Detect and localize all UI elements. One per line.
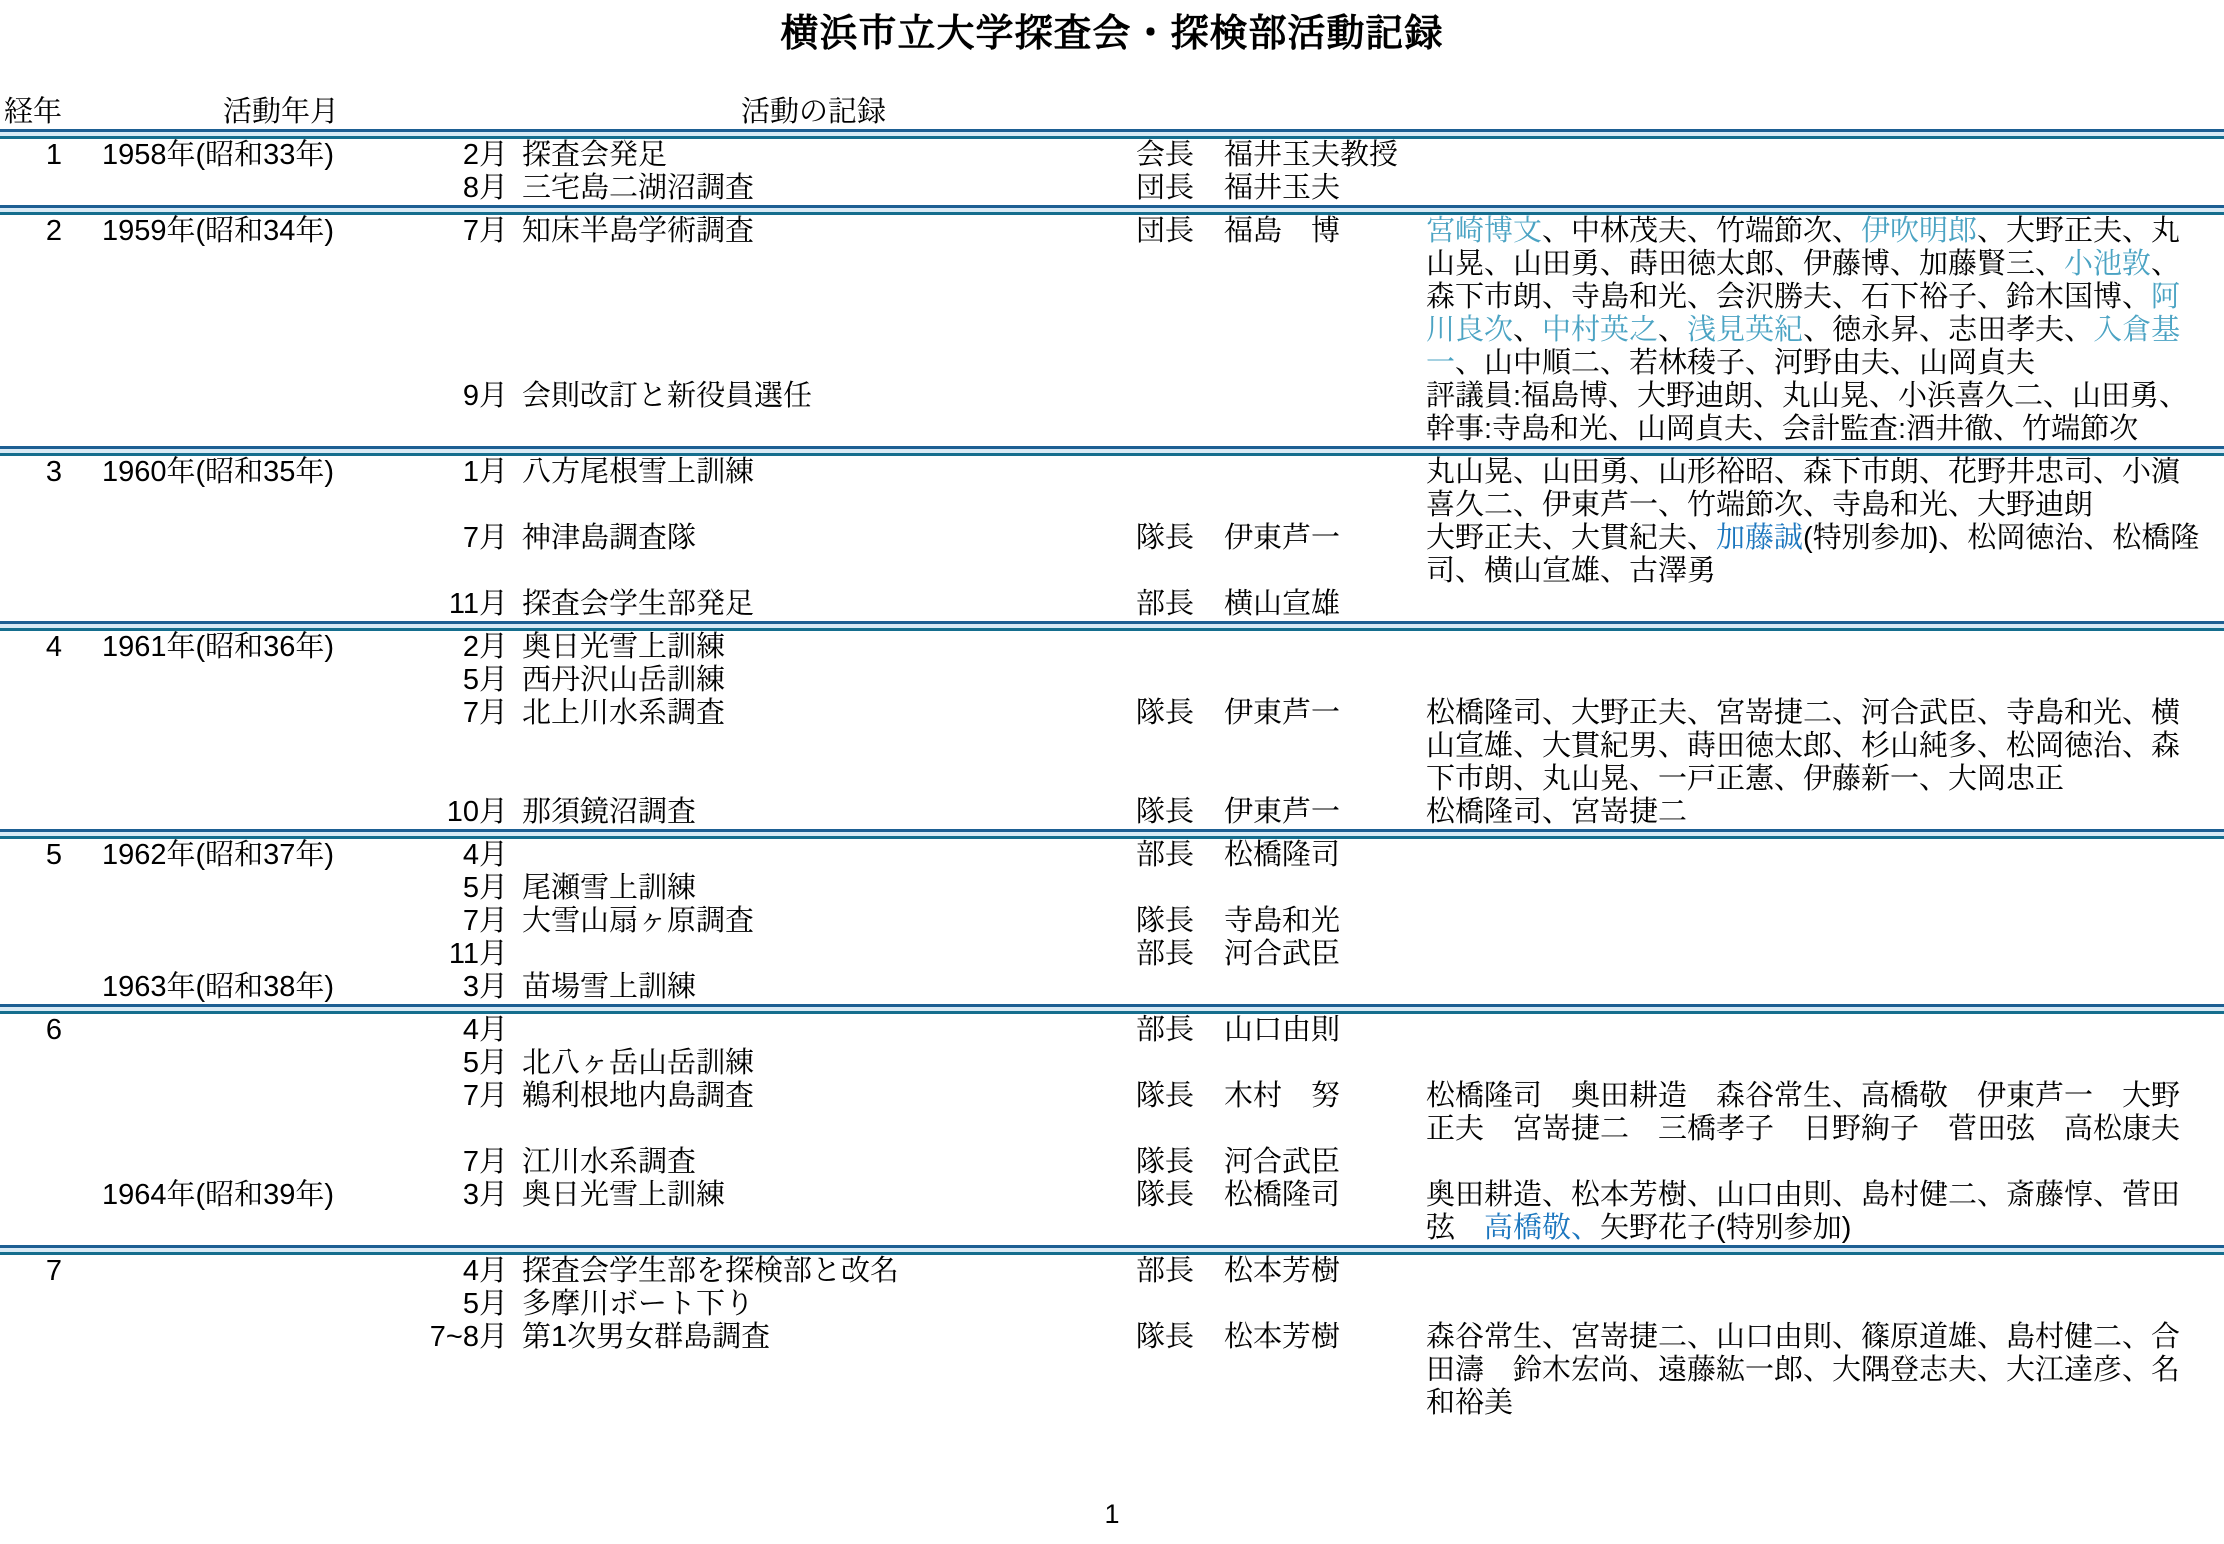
cell-role: 隊長: [1136, 796, 1224, 829]
cell-role: 隊長: [1136, 697, 1224, 730]
cell-leader: 松橋隆司: [1224, 839, 1426, 872]
cell-members: 松橋隆司 奥田耕造 森谷常生、高橋敬 伊東芦一 大野正夫 宮嵜捷二 三橋孝子 日…: [1426, 1080, 2201, 1146]
year-group: 2 1959年(昭和34年) 7月 知床半島学術調査 団長 福島 博 宮崎博文、…: [0, 215, 2224, 446]
cell-month: 7月: [408, 1080, 508, 1113]
member-name-highlighted: 浅見英紀: [1687, 314, 1803, 346]
cell-activity: 江川水系調査: [508, 1146, 1136, 1179]
cell-month: 5月: [408, 1047, 508, 1080]
cell-month: 2月: [408, 139, 508, 172]
cell-month: 11月: [408, 588, 508, 621]
cell-leader: 松橋隆司: [1224, 1179, 1426, 1212]
cell-leader: 伊東芦一: [1224, 697, 1426, 730]
cell-year: 1963年(昭和38年): [102, 971, 408, 1004]
cell-month: 11月: [408, 938, 508, 971]
cell-activity: 探査会学生部発足: [508, 588, 1136, 621]
group-separator-line: [0, 446, 2224, 456]
cell-role: 会長: [1136, 139, 1224, 172]
member-names: 矢野花子(特別参加): [1600, 1212, 1851, 1244]
activity-row: 7月 神津島調査隊 隊長 伊東芦一 大野正夫、大貫紀夫、加藤誠(特別参加)、松岡…: [0, 522, 2224, 588]
header-col-date: 活動年月: [223, 96, 339, 129]
cell-activity: 北八ヶ岳山岳訓練: [508, 1047, 1136, 1080]
activity-row: 6 4月 部長 山口由則: [0, 1014, 2224, 1047]
header-col-record: 活動の記録: [741, 96, 886, 129]
activity-row: 8月 三宅島二湖沼調査 団長 福井玉夫: [0, 172, 2224, 205]
cell-leader: 福井玉夫教授: [1224, 139, 1426, 172]
cell-year: 1958年(昭和33年): [102, 139, 408, 172]
activity-row: 2 1959年(昭和34年) 7月 知床半島学術調査 団長 福島 博 宮崎博文、…: [0, 215, 2224, 380]
cell-members: 評議員:福島博、大野迪朗、丸山晃、小浜喜久二、山田勇、幹事:寺島和光、山岡貞夫、…: [1426, 380, 2201, 446]
cell-activity: 那須鏡沼調査: [508, 796, 1136, 829]
member-names: 松橋隆司、宮嵜捷二: [1426, 796, 1687, 828]
cell-month: 7月: [408, 215, 508, 248]
year-group: 3 1960年(昭和35年) 1月 八方尾根雪上訓練 丸山晃、山田勇、山形裕昭、…: [0, 456, 2224, 621]
cell-year: 1959年(昭和34年): [102, 215, 408, 248]
cell-leader: 河合武臣: [1224, 938, 1426, 971]
activity-row: 7月 江川水系調査 隊長 河合武臣: [0, 1146, 2224, 1179]
cell-month: 1月: [408, 456, 508, 489]
group-separator-line: [0, 1004, 2224, 1014]
year-group: 6 4月 部長 山口由則 5月 北八ヶ岳山岳訓練 7月 鵜利根地内島調査 隊長 …: [0, 1014, 2224, 1245]
cell-year: 1962年(昭和37年): [102, 839, 408, 872]
cell-leader: 松本芳樹: [1224, 1255, 1426, 1288]
cell-year-index: 2: [0, 215, 62, 248]
activity-row: 3 1960年(昭和35年) 1月 八方尾根雪上訓練 丸山晃、山田勇、山形裕昭、…: [0, 456, 2224, 522]
cell-leader: 寺島和光: [1224, 905, 1426, 938]
cell-leader: 河合武臣: [1224, 1146, 1426, 1179]
cell-role: 部長: [1136, 1255, 1224, 1288]
cell-activity: 知床半島学術調査: [508, 215, 1136, 248]
cell-month: 4月: [408, 1014, 508, 1047]
cell-role: 隊長: [1136, 1146, 1224, 1179]
activity-row: 7 4月 探査会学生部を探検部と改名 部長 松本芳樹: [0, 1255, 2224, 1288]
cell-leader: 木村 努: [1224, 1080, 1426, 1113]
activity-row: 7~8月 第1次男女群島調査 隊長 松本芳樹 森谷常生、宮嵜捷二、山口由則、篠原…: [0, 1321, 2224, 1420]
member-name-highlighted: 小池敦: [2064, 248, 2151, 280]
year-group: 1 1958年(昭和33年) 2月 探査会発足 会長 福井玉夫教授 8月 三宅島…: [0, 139, 2224, 205]
cell-activity: 大雪山扇ヶ原調査: [508, 905, 1136, 938]
cell-role: 隊長: [1136, 1179, 1224, 1212]
cell-role: 団長: [1136, 172, 1224, 205]
cell-month: 5月: [408, 1288, 508, 1321]
activity-row: 11月 探査会学生部発足 部長 横山宣雄: [0, 588, 2224, 621]
cell-year-index: 6: [0, 1014, 62, 1047]
year-group: 5 1962年(昭和37年) 4月 部長 松橋隆司 5月 尾瀬雪上訓練 7月 大…: [0, 839, 2224, 1004]
member-names: 、: [1658, 314, 1687, 346]
cell-month: 3月: [408, 1179, 508, 1212]
member-names: 、徳永昇、志田孝夫、: [1803, 314, 2093, 346]
member-names: 、中林茂夫、竹端節次、: [1542, 215, 1861, 247]
cell-members: 森谷常生、宮嵜捷二、山口由則、篠原道雄、島村健二、合田濤 鈴木宏尚、遠藤紘一郎、…: [1426, 1321, 2201, 1420]
cell-month: 7月: [408, 697, 508, 730]
member-names: 、: [1513, 314, 1542, 346]
activity-row: 7月 鵜利根地内島調査 隊長 木村 努 松橋隆司 奥田耕造 森谷常生、高橋敬 伊…: [0, 1080, 2224, 1146]
activity-row: 9月 会則改訂と新役員選任 評議員:福島博、大野迪朗、丸山晃、小浜喜久二、山田勇…: [0, 380, 2224, 446]
member-name-highlighted: 加藤誠: [1716, 522, 1803, 554]
cell-members: 松橋隆司、宮嵜捷二: [1426, 796, 2201, 829]
member-names: 松橋隆司 奥田耕造 森谷常生、高橋敬 伊東芦一 大野正夫 宮嵜捷二 三橋孝子 日…: [1426, 1080, 2180, 1145]
activity-row: 7月 大雪山扇ヶ原調査 隊長 寺島和光: [0, 905, 2224, 938]
activity-row: 7月 北上川水系調査 隊長 伊東芦一 松橋隆司、大野正夫、宮嵜捷二、河合武臣、寺…: [0, 697, 2224, 796]
cell-month: 7月: [408, 905, 508, 938]
cell-leader: 福島 博: [1224, 215, 1426, 248]
cell-role: 部長: [1136, 938, 1224, 971]
page-number: 1: [0, 1498, 2224, 1531]
cell-month: 4月: [408, 1255, 508, 1288]
cell-members: 松橋隆司、大野正夫、宮嵜捷二、河合武臣、寺島和光、横山宣雄、大貫紀男、蒔田徳太郎…: [1426, 697, 2201, 796]
activity-row: 5月 多摩川ボート下り: [0, 1288, 2224, 1321]
cell-month: 8月: [408, 172, 508, 205]
cell-leader: 横山宣雄: [1224, 588, 1426, 621]
cell-role: 部長: [1136, 839, 1224, 872]
group-separator-line: [0, 829, 2224, 839]
activity-row: 11月 部長 河合武臣: [0, 938, 2224, 971]
table-header: 経年 活動年月 活動の記録: [0, 96, 2224, 129]
member-names: 丸山晃、山田勇、山形裕昭、森下市朗、花野井忠司、小濵喜久二、伊東芦一、竹端節次、…: [1426, 456, 2180, 521]
group-separator-line: [0, 621, 2224, 631]
cell-activity: 西丹沢山岳訓練: [508, 664, 1136, 697]
cell-role: 隊長: [1136, 905, 1224, 938]
member-names: 評議員:福島博、大野迪朗、丸山晃、小浜喜久二、山田勇、幹事:寺島和光、山岡貞夫、…: [1426, 380, 2188, 445]
cell-activity: 奥日光雪上訓練: [508, 1179, 1136, 1212]
year-group: 4 1961年(昭和36年) 2月 奥日光雪上訓練 5月 西丹沢山岳訓練 7月 …: [0, 631, 2224, 829]
cell-month: 5月: [408, 872, 508, 905]
cell-activity: 会則改訂と新役員選任: [508, 380, 1136, 413]
cell-year: 1961年(昭和36年): [102, 631, 408, 664]
cell-leader: 伊東芦一: [1224, 522, 1426, 555]
cell-activity: 探査会発足: [508, 139, 1136, 172]
member-names: 大野正夫、大貫紀夫、: [1426, 522, 1716, 554]
cell-year-index: 4: [0, 631, 62, 664]
cell-leader: 伊東芦一: [1224, 796, 1426, 829]
activity-row: 10月 那須鏡沼調査 隊長 伊東芦一 松橋隆司、宮嵜捷二: [0, 796, 2224, 829]
cell-role: 部長: [1136, 588, 1224, 621]
activity-row: 1963年(昭和38年) 3月 苗場雪上訓練: [0, 971, 2224, 1004]
cell-month: 2月: [408, 631, 508, 664]
cell-month: 9月: [408, 380, 508, 413]
cell-role: 部長: [1136, 1014, 1224, 1047]
activity-row: 4 1961年(昭和36年) 2月 奥日光雪上訓練: [0, 631, 2224, 664]
cell-month: 7~8月: [408, 1321, 508, 1354]
cell-leader: 福井玉夫: [1224, 172, 1426, 205]
group-separator-line: [0, 129, 2224, 139]
cell-month: 7月: [408, 1146, 508, 1179]
cell-members: 奥田耕造、松本芳樹、山口由則、島村健二、斎藤惇、菅田弦 高橋敬、矢野花子(特別参…: [1426, 1179, 2201, 1245]
member-names: 、山中順二、若林稜子、河野由夫、山岡貞夫: [1455, 347, 2035, 379]
cell-leader: 山口由則: [1224, 1014, 1426, 1047]
member-names: 松橋隆司、大野正夫、宮嵜捷二、河合武臣、寺島和光、横山宣雄、大貫紀男、蒔田徳太郎…: [1426, 697, 2180, 795]
cell-activity: 探査会学生部を探検部と改名: [508, 1255, 1136, 1288]
activity-row: 5月 西丹沢山岳訓練: [0, 664, 2224, 697]
cell-activity: 苗場雪上訓練: [508, 971, 1136, 1004]
cell-leader: 松本芳樹: [1224, 1321, 1426, 1354]
cell-activity: 多摩川ボート下り: [508, 1288, 1136, 1321]
member-name-highlighted: 高橋敬、: [1484, 1212, 1600, 1244]
member-name-highlighted: 中村英之: [1542, 314, 1658, 346]
cell-members: 大野正夫、大貫紀夫、加藤誠(特別参加)、松岡徳治、松橋隆司、横山宣雄、古澤勇: [1426, 522, 2201, 588]
cell-role: 隊長: [1136, 1080, 1224, 1113]
cell-year-index: 7: [0, 1255, 62, 1288]
group-separator-line: [0, 205, 2224, 215]
cell-year: 1960年(昭和35年): [102, 456, 408, 489]
member-names: 森谷常生、宮嵜捷二、山口由則、篠原道雄、島村健二、合田濤 鈴木宏尚、遠藤紘一郎、…: [1426, 1321, 2180, 1419]
cell-activity: 神津島調査隊: [508, 522, 1136, 555]
year-group: 7 4月 探査会学生部を探検部と改名 部長 松本芳樹 5月 多摩川ボート下り 7…: [0, 1255, 2224, 1420]
member-name-highlighted: 伊吹明郎: [1861, 215, 1977, 247]
page-title: 横浜市立大学探査会・探検部活動記録: [0, 0, 2224, 58]
header-col-keinen: 経年: [4, 96, 62, 129]
cell-month: 5月: [408, 664, 508, 697]
cell-year-index: 1: [0, 139, 62, 172]
cell-activity: 北上川水系調査: [508, 697, 1136, 730]
cell-role: 団長: [1136, 215, 1224, 248]
cell-year-index: 3: [0, 456, 62, 489]
activity-row: 5月 尾瀬雪上訓練: [0, 872, 2224, 905]
cell-month: 10月: [408, 796, 508, 829]
member-name-highlighted: 宮崎博文: [1426, 215, 1542, 247]
activity-row: 1964年(昭和39年) 3月 奥日光雪上訓練 隊長 松橋隆司 奥田耕造、松本芳…: [0, 1179, 2224, 1245]
cell-year-index: 5: [0, 839, 62, 872]
cell-activity: 三宅島二湖沼調査: [508, 172, 1136, 205]
cell-activity: 尾瀬雪上訓練: [508, 872, 1136, 905]
cell-role: 隊長: [1136, 1321, 1224, 1354]
cell-activity: 第1次男女群島調査: [508, 1321, 1136, 1354]
cell-month: 7月: [408, 522, 508, 555]
cell-members: 宮崎博文、中林茂夫、竹端節次、伊吹明郎、大野正夫、丸山晃、山田勇、蒔田徳太郎、伊…: [1426, 215, 2201, 380]
cell-month: 3月: [408, 971, 508, 1004]
cell-members: 丸山晃、山田勇、山形裕昭、森下市朗、花野井忠司、小濵喜久二、伊東芦一、竹端節次、…: [1426, 456, 2201, 522]
cell-year: 1964年(昭和39年): [102, 1179, 408, 1212]
cell-activity: 奥日光雪上訓練: [508, 631, 1136, 664]
cell-role: 隊長: [1136, 522, 1224, 555]
document-page: 横浜市立大学探査会・探検部活動記録 経年 活動年月 活動の記録 1 1958年(…: [0, 0, 2224, 1420]
cell-month: 4月: [408, 839, 508, 872]
activity-row: 1 1958年(昭和33年) 2月 探査会発足 会長 福井玉夫教授: [0, 139, 2224, 172]
activity-row: 5 1962年(昭和37年) 4月 部長 松橋隆司: [0, 839, 2224, 872]
group-separator-line: [0, 1245, 2224, 1255]
cell-activity: 八方尾根雪上訓練: [508, 456, 1136, 489]
table-body: 1 1958年(昭和33年) 2月 探査会発足 会長 福井玉夫教授 8月 三宅島…: [0, 129, 2224, 1420]
activity-row: 5月 北八ヶ岳山岳訓練: [0, 1047, 2224, 1080]
cell-activity: 鵜利根地内島調査: [508, 1080, 1136, 1113]
